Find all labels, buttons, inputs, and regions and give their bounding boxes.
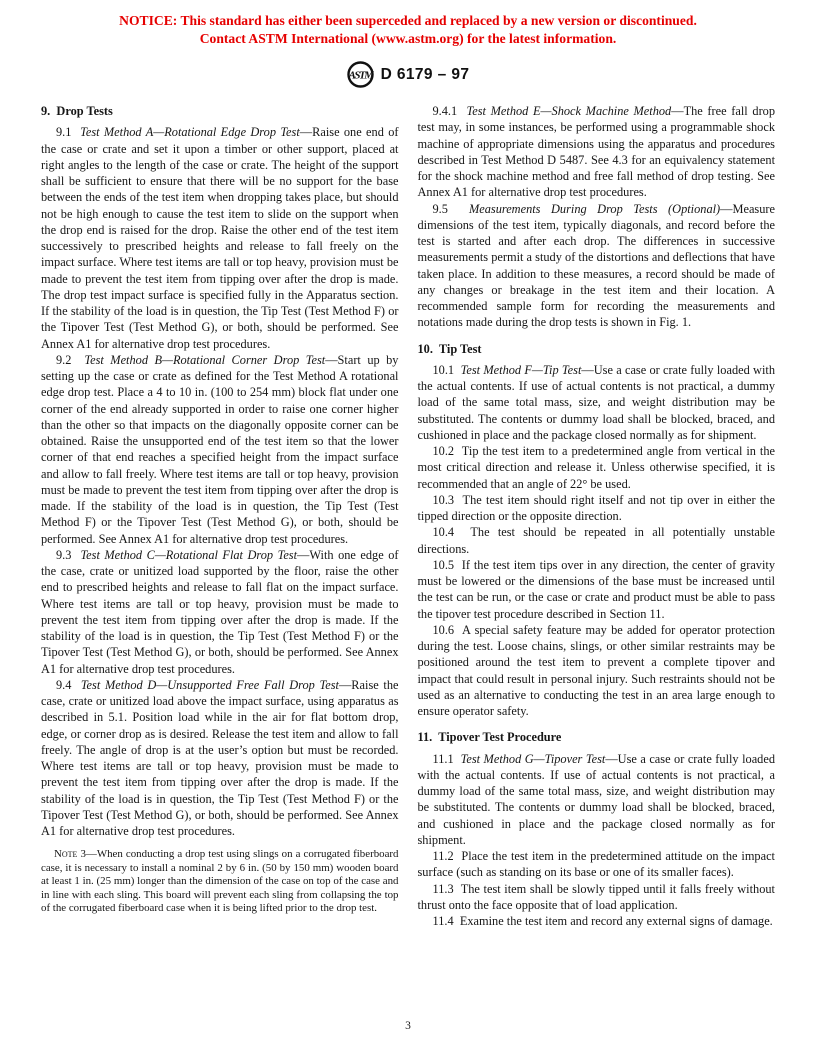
supersession-notice: NOTICE: This standard has either been su…: [0, 0, 816, 48]
right-column: 9.4.1 Test Method E—Shock Machine Method…: [418, 103, 776, 929]
paragraph: 10.6 A special safety feature may be add…: [418, 622, 776, 720]
paragraph: 10.2 Tip the test item to a predetermine…: [418, 443, 776, 492]
section-heading: 9. Drop Tests: [41, 103, 399, 119]
paragraph: 10.1 Test Method F—Tip Test—Use a case o…: [418, 362, 776, 443]
section-heading: 11. Tipover Test Procedure: [418, 729, 776, 745]
paragraph: 9.3 Test Method C—Rotational Flat Drop T…: [41, 547, 399, 677]
paragraph: 9.2 Test Method B—Rotational Corner Drop…: [41, 352, 399, 547]
page-number: 3: [0, 1020, 816, 1032]
document-header: ASTM D 6179 – 97: [0, 61, 816, 88]
document-page: NOTICE: This standard has either been su…: [0, 0, 816, 1056]
standard-designation: D 6179 – 97: [381, 66, 470, 84]
notice-line-1: NOTICE: This standard has either been su…: [0, 12, 816, 30]
paragraph: 11.4 Examine the test item and record an…: [418, 913, 776, 929]
paragraph: 10.4 The test should be repeated in all …: [418, 524, 776, 557]
paragraph: 10.3 The test item should right itself a…: [418, 492, 776, 525]
paragraph: 11.3 The test item shall be slowly tippe…: [418, 881, 776, 914]
paragraph: 11.2 Place the test item in the predeter…: [418, 848, 776, 881]
section-heading: 10. Tip Test: [418, 341, 776, 357]
svg-text:ASTM: ASTM: [347, 70, 373, 82]
left-column: 9. Drop Tests9.1 Test Method A—Rotationa…: [41, 103, 399, 929]
paragraph: 9.1 Test Method A—Rotational Edge Drop T…: [41, 124, 399, 352]
paragraph: 10.5 If the test item tips over in any d…: [418, 557, 776, 622]
two-column-body: 9. Drop Tests9.1 Test Method A—Rotationa…: [0, 103, 816, 929]
paragraph: 9.5 Measurements During Drop Tests (Opti…: [418, 201, 776, 331]
note-paragraph: Note 3—When conducting a drop test using…: [41, 848, 399, 916]
astm-logo-icon: ASTM: [347, 61, 374, 88]
notice-line-2: Contact ASTM International (www.astm.org…: [0, 30, 816, 48]
paragraph: 11.1 Test Method G—Tipover Test—Use a ca…: [418, 751, 776, 849]
paragraph: 9.4 Test Method D—Unsupported Free Fall …: [41, 677, 399, 840]
paragraph: 9.4.1 Test Method E—Shock Machine Method…: [418, 103, 776, 201]
